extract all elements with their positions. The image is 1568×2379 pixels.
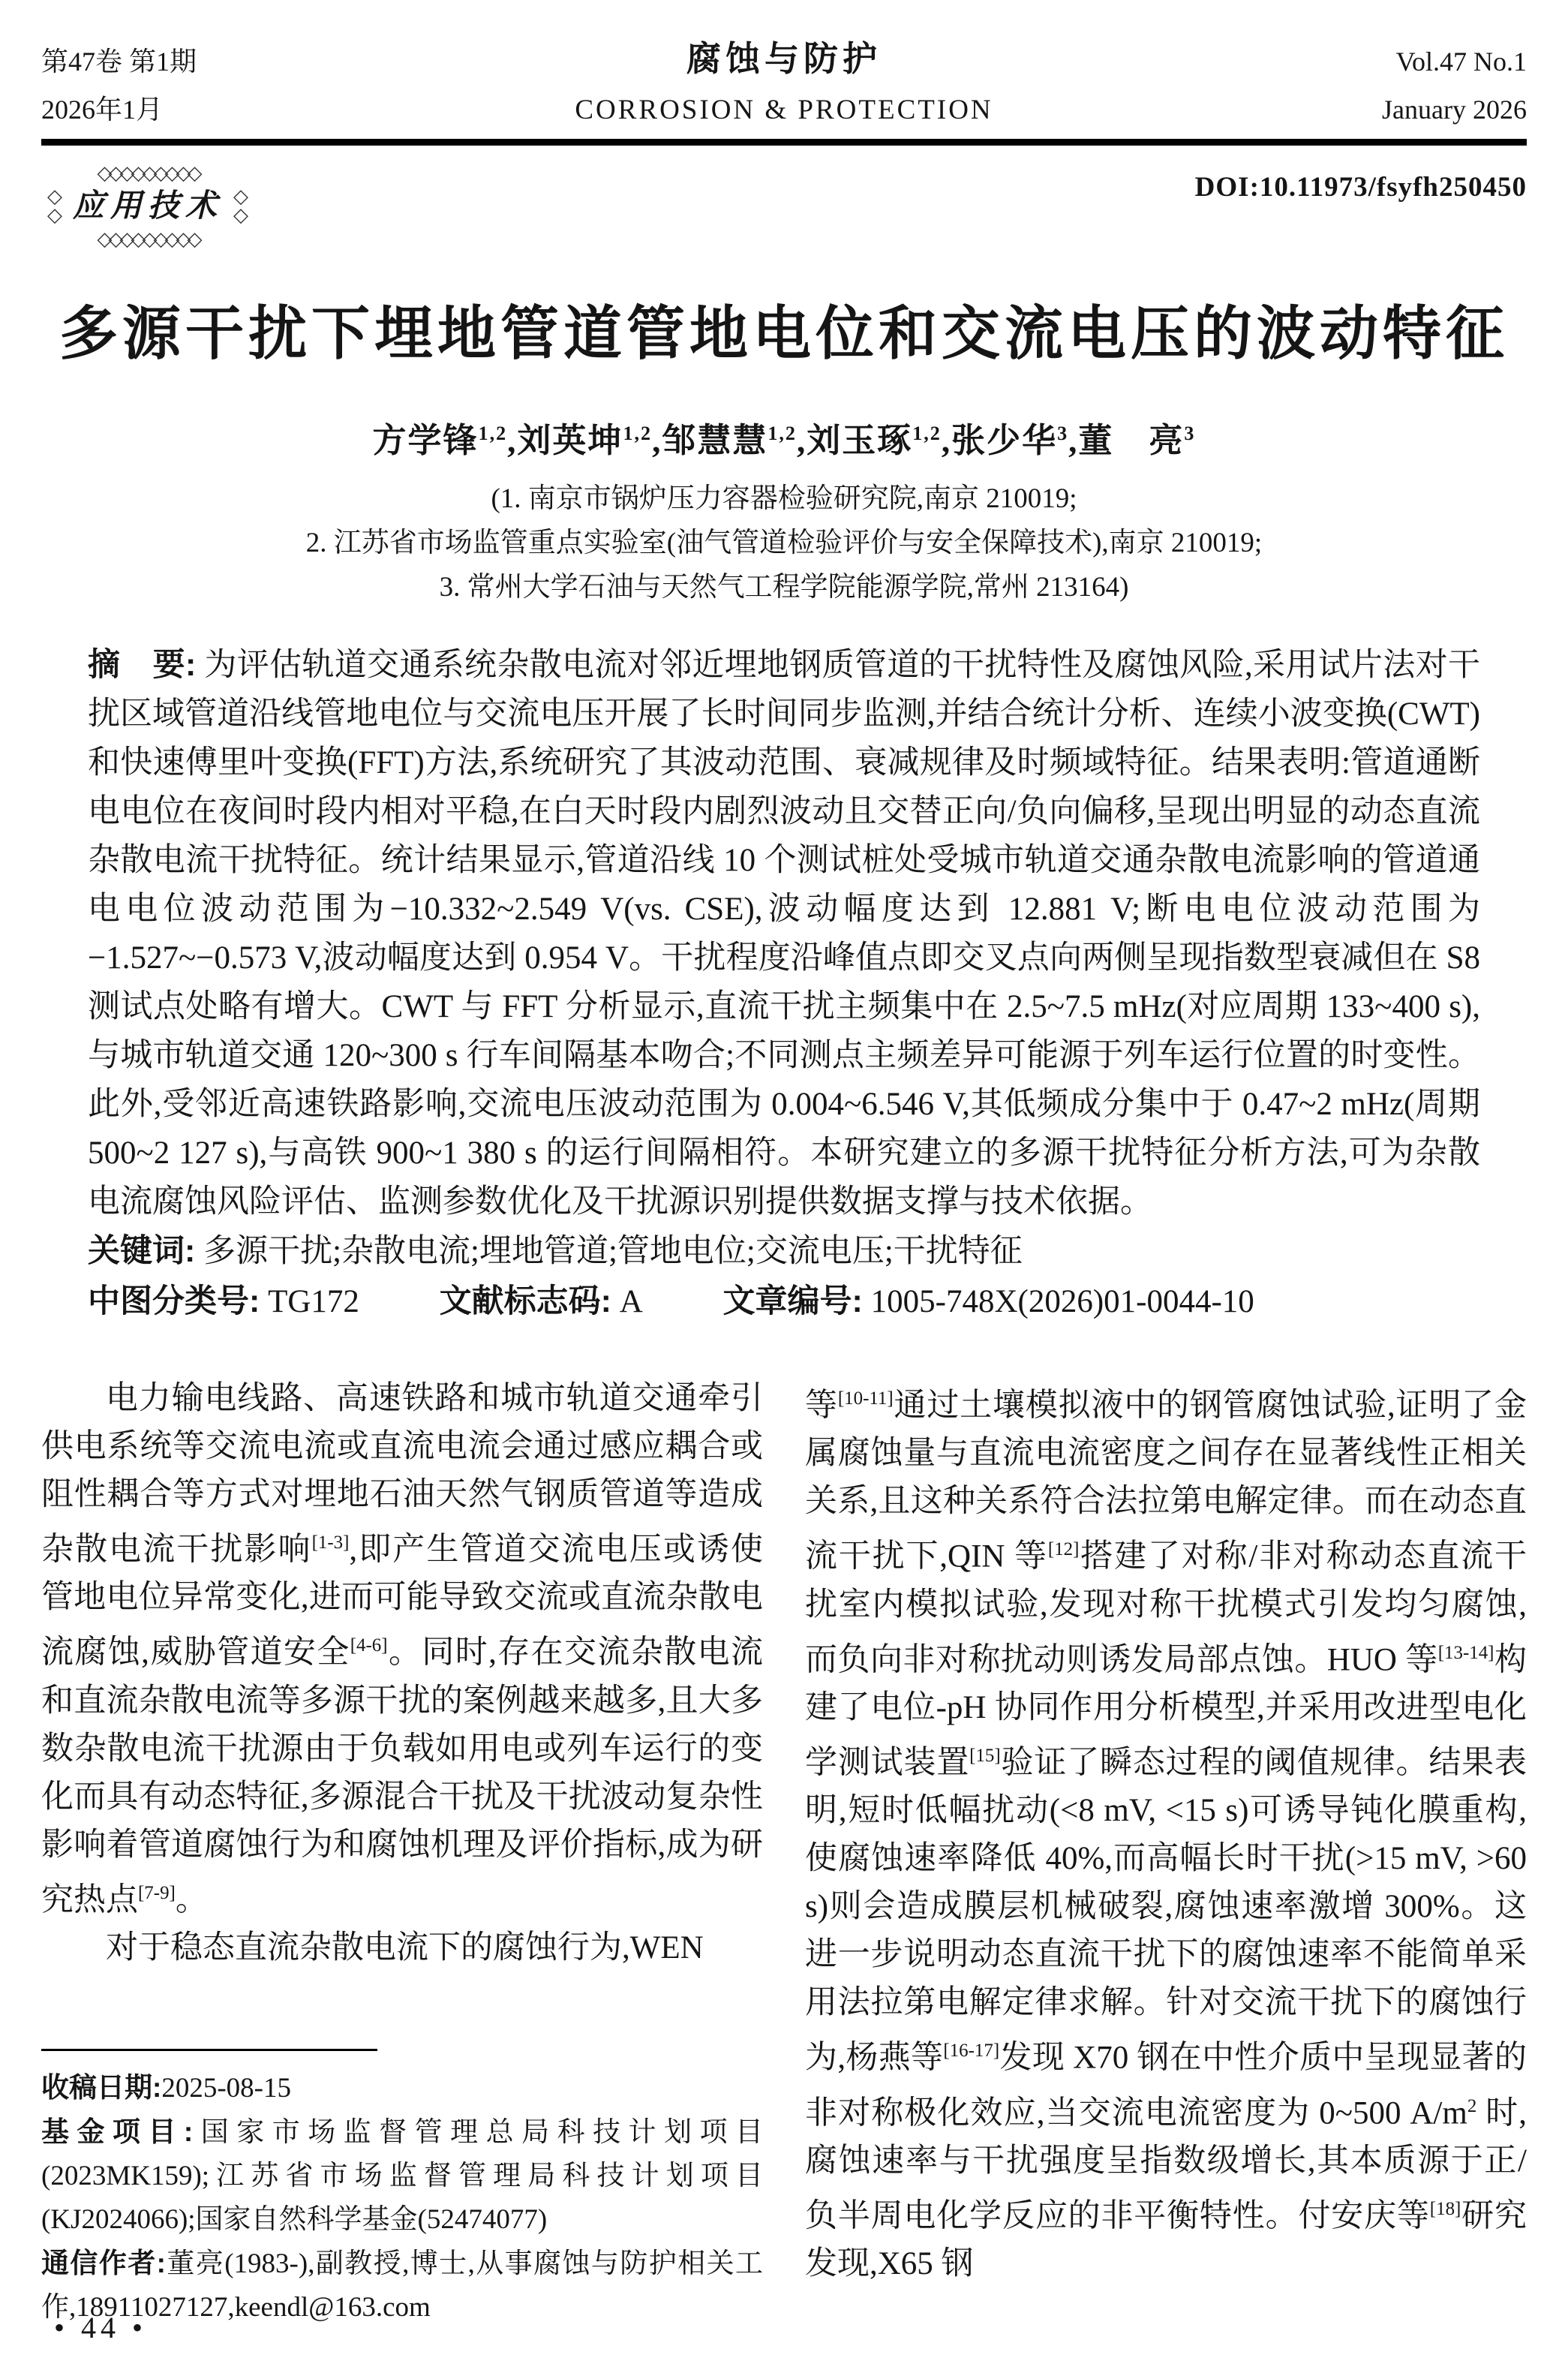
body-paragraph: 等[10-11]通过土壤模拟液中的钢管腐蚀试验,证明了金属腐蚀量与直流电流密度之… — [805, 1375, 1527, 2288]
classification-line: 中图分类号: TG172 文献标志码: A 文章编号: 1005-748X(20… — [88, 1277, 1480, 1327]
affiliation-line: (1. 南京市锅炉压力容器检验研究院,南京 210019; — [41, 477, 1527, 521]
body-columns: 电力输电线路、高速铁路和城市轨道交通牵引供电系统等交流电流或直流电流会通过感应耦… — [41, 1375, 1527, 2329]
journal-page: 第47卷 第1期 腐蚀与防护 Vol.47 No.1 2026年1月 CORRO… — [0, 0, 1568, 2379]
issue-date-cn: 2026年1月 — [41, 89, 356, 127]
keywords-line: 关键词: 多源干扰;杂散电流;埋地管道;管地电位;交流电压;干扰特征 — [88, 1226, 1480, 1277]
abstract-label: 摘 要: — [88, 647, 196, 683]
issue-date-en: January 2026 — [1212, 94, 1527, 125]
author-list: 方学锋1,2,刘英坤1,2,邹慧慧1,2,刘玉琢1,2,张少华3,董 亮3 — [41, 413, 1527, 462]
badge-border-right — [233, 188, 248, 224]
doc-code-value: A — [620, 1284, 643, 1319]
keywords-text: 多源干扰;杂散电流;埋地管道;管地电位;交流电压;干扰特征 — [203, 1234, 1023, 1269]
badge-border-top — [98, 164, 199, 183]
fund-project-label: 基金项目: — [41, 2116, 193, 2147]
page-number: • 44 • — [54, 2310, 147, 2345]
affiliation-line: 2. 江苏省市场监管重点实验室(油气管道检验评价与安全保障技术),南京 2100… — [41, 521, 1527, 565]
doc-code-group: 文献标志码: A — [440, 1284, 643, 1319]
affiliation-list: (1. 南京市锅炉压力容器检验研究院,南京 210019; 2. 江苏省市场监管… — [41, 477, 1527, 609]
article-no-label: 文章编号: — [723, 1283, 863, 1319]
body-paragraph: 电力输电线路、高速铁路和城市轨道交通牵引供电系统等交流电流或直流电流会通过感应耦… — [41, 1375, 763, 1924]
keywords-label: 关键词: — [88, 1233, 195, 1269]
journal-name-en: CORROSION & PROTECTION — [356, 94, 1212, 126]
corresponding-author-label: 通信作者: — [41, 2248, 166, 2278]
badge-doi-row: 应用技术 DOI:10.11973/fsyfh250450 — [41, 164, 1527, 261]
doi-text: DOI:10.11973/fsyfh250450 — [1195, 171, 1527, 203]
category-badge: 应用技术 — [47, 164, 248, 249]
article-no-group: 文章编号: 1005-748X(2026)01-0044-10 — [723, 1284, 1254, 1319]
journal-masthead: 第47卷 第1期 腐蚀与防护 Vol.47 No.1 2026年1月 CORRO… — [41, 32, 1527, 146]
footnote-block: 收稿日期:2025-08-15 基金项目:国家市场监督管理总局科技计划项目(20… — [41, 2049, 763, 2329]
article-title: 多源干扰下埋地管道管地电位和交流电压的波动特征 — [41, 287, 1527, 371]
affiliation-line: 3. 常州大学石油与天然气工程学院能源学院,常州 213164) — [41, 565, 1527, 609]
footnote-rule — [41, 2049, 377, 2051]
masthead-rule — [41, 139, 1527, 146]
volume-issue-cn: 第47卷 第1期 — [41, 41, 356, 79]
doc-code-label: 文献标志码: — [440, 1283, 611, 1319]
journal-name-cn: 腐蚀与防护 — [356, 32, 1212, 81]
received-date-value: 2025-08-15 — [161, 2073, 291, 2104]
fund-project-line: 基金项目:国家市场监督管理总局科技计划项目(2023MK159);江苏省市场监督… — [41, 2110, 763, 2242]
clc-label: 中图分类号: — [88, 1283, 260, 1319]
category-badge-label: 应用技术 — [62, 183, 233, 230]
body-paragraph: 对于稳态直流杂散电流下的腐蚀行为,WEN — [41, 1924, 763, 1972]
corresponding-author-line: 通信作者:董亮(1983-),副教授,博士,从事腐蚀与防护相关工作,189110… — [41, 2242, 763, 2329]
badge-border-left — [47, 188, 62, 224]
article-no-value: 1005-748X(2026)01-0044-10 — [871, 1284, 1254, 1319]
clc-group: 中图分类号: TG172 — [88, 1284, 359, 1319]
right-column: 等[10-11]通过土壤模拟液中的钢管腐蚀试验,证明了金属腐蚀量与直流电流密度之… — [805, 1375, 1527, 2329]
volume-issue-en: Vol.47 No.1 — [1212, 46, 1527, 77]
badge-border-bottom — [98, 230, 199, 249]
abstract-text: 为评估轨道交通系统杂散电流对邻近埋地钢质管道的干扰特性及腐蚀风险,采用试片法对干… — [88, 648, 1480, 1220]
received-date-label: 收稿日期: — [41, 2072, 161, 2103]
clc-value: TG172 — [268, 1284, 359, 1319]
abstract-block: 摘 要: 为评估轨道交通系统杂散电流对邻近埋地钢质管道的干扰特性及腐蚀风险,采用… — [88, 641, 1480, 1226]
left-column: 电力输电线路、高速铁路和城市轨道交通牵引供电系统等交流电流或直流电流会通过感应耦… — [41, 1375, 763, 2329]
received-date-line: 收稿日期:2025-08-15 — [41, 2066, 763, 2110]
